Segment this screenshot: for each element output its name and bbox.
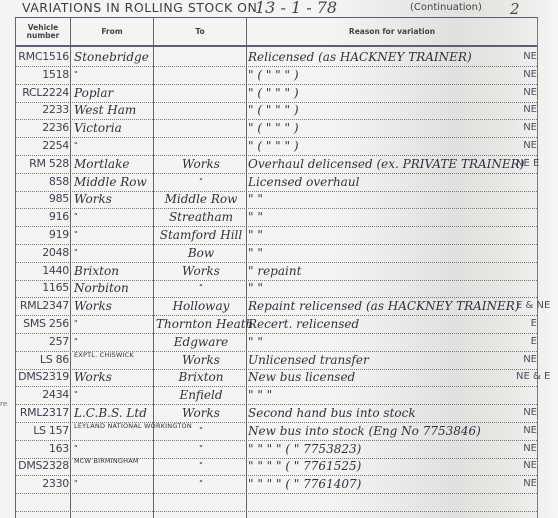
area-code: NE [516,440,537,458]
vehicle-number: DMS2319 [16,368,69,386]
table-row: 1165Norbiton"" " [16,279,537,298]
to-location: Middle Row [156,190,246,208]
to-location [156,101,246,119]
table-row: SMS 256"Thornton HeathRecert. relicensed… [16,315,537,334]
table-row: 2236Victoria" ( " " " )NE [16,119,537,138]
area-code [516,279,537,297]
page-number: 2 [510,0,520,18]
to-location: Edgware [156,333,246,351]
from-location: " [74,244,156,262]
area-code: NE [516,457,537,475]
reason-for-variation: Recert. relicensed [248,315,518,333]
area-code: NE [516,422,537,440]
continuation-label: (Continuation) [410,2,482,13]
to-location: Works [156,351,246,369]
table-row: 2434"Enfield" " " [16,386,537,405]
reason-for-variation: " " " " ( " 7761407) [248,475,518,493]
reason-for-variation: Repaint relicensed (as HACKNEY TRAINER) [248,297,518,315]
vehicle-number: 919 [16,226,69,244]
area-code [516,208,537,226]
vehicle-number: RML2317 [16,404,69,422]
to-location [156,119,246,137]
area-code [516,386,537,404]
vehicle-number: SMS 256 [16,315,69,333]
from-location: EXPTL. CHISWICK [74,351,156,369]
to-location [156,84,246,102]
to-location: " [156,173,246,191]
to-location: " [156,440,246,458]
area-code [516,226,537,244]
reason-for-variation: " " " " ( " 7761525) [248,457,518,475]
vehicle-number [16,493,69,511]
reason-for-variation: " " [248,226,518,244]
table-row: 916"Streatham" " [16,208,537,227]
vehicle-number: 1440 [16,262,69,280]
from-location: LEYLAND NATIONAL WORKINGTON [74,422,156,440]
margin-note: re [0,400,7,408]
area-code: NE [516,101,537,119]
area-code: NE E [516,155,537,173]
area-code: NE [516,66,537,84]
area-code: E [516,315,537,333]
column-header-vehicle: Vehicle number [16,18,70,45]
vehicle-number: DMS2328 [16,457,69,475]
from-location: " [74,333,156,351]
to-location: " [156,475,246,493]
reason-for-variation: Licensed overhaul [248,173,518,191]
to-location: Holloway [156,297,246,315]
table-row: 2233West Ham" ( " " " )NE [16,101,537,120]
to-location: Works [156,262,246,280]
area-code [516,190,537,208]
to-location: Thornton Heath [156,315,246,333]
column-header-reason: Reason for variation [247,18,537,45]
reason-for-variation: " " " [248,386,518,404]
reason-for-variation: " " [248,208,518,226]
area-code: NE [516,404,537,422]
table-row: DMS2319WorksBrixtonNew bus licensedNE & … [16,368,537,387]
table-row: LS 157LEYLAND NATIONAL WORKINGTON"New bu… [16,422,537,441]
from-location: " [74,386,156,404]
table-row: RML2317L.C.B.S. LtdWorksSecond hand bus … [16,404,537,423]
reason-for-variation: " " [248,279,518,297]
vehicle-number: 2236 [16,119,69,137]
table-row: RM 528MortlakeWorksOverhaul delicensed (… [16,155,537,174]
from-location: Works [74,297,156,315]
area-code [516,262,537,280]
to-location: Works [156,155,246,173]
area-code: NE [516,475,537,493]
reason-for-variation: New bus licensed [248,368,518,386]
vehicle-number: 985 [16,190,69,208]
to-location: " [156,422,246,440]
table-row: 985WorksMiddle Row" " [16,190,537,209]
reason-for-variation: " ( " " " ) [248,119,518,137]
to-location: Streatham [156,208,246,226]
area-code: NE [516,119,537,137]
table-row: DMS2328MCW BIRMINGHAM"" " " " ( " 776152… [16,457,537,476]
area-code: NE [516,48,537,66]
area-code: E & NE [516,297,537,315]
vehicle-number: RMC1516 [16,48,69,66]
from-location: Works [74,368,156,386]
table-row: 858Middle Row"Licensed overhaul [16,173,537,192]
area-code: NE [516,137,537,155]
reason-for-variation [248,493,518,511]
reason-for-variation: " " [248,190,518,208]
from-location: Works [74,190,156,208]
from-location: Norbiton [74,279,156,297]
from-location: Poplar [74,84,156,102]
reason-for-variation: Second hand bus into stock [248,404,518,422]
reason-for-variation: Relicensed (as HACKNEY TRAINER) [248,48,518,66]
area-code: NE [516,351,537,369]
column-header-to: To [154,18,246,45]
table-row: 919"Stamford Hill" " [16,226,537,245]
reason-for-variation: Overhaul delicensed (ex. PRIVATE TRAINER… [248,155,518,173]
rolling-stock-table: Vehicle number From To Reason for variat… [15,17,538,518]
reason-for-variation: " ( " " " ) [248,137,518,155]
from-location: " [74,137,156,155]
vehicle-number: RM 528 [16,155,69,173]
area-code: NE [516,84,537,102]
to-location: Enfield [156,386,246,404]
table-row: 2048"Bow" " [16,244,537,263]
to-location: " [156,457,246,475]
vehicle-number: 2254 [16,137,69,155]
area-code [516,493,537,511]
from-location: Victoria [74,119,156,137]
to-location [156,48,246,66]
to-location: Works [156,404,246,422]
to-location: Brixton [156,368,246,386]
reason-for-variation: New bus into stock (Eng No 7753846) [248,422,518,440]
vehicle-number: LS 86 [16,351,69,369]
vehicle-number: 1518 [16,66,69,84]
vehicle-number: 916 [16,208,69,226]
table-row: RCL2224Poplar" ( " " " )NE [16,84,537,103]
area-code [516,173,537,191]
vehicle-number: 2434 [16,386,69,404]
vehicle-number: 2233 [16,101,69,119]
from-location [74,493,156,511]
from-location: L.C.B.S. Ltd [74,404,156,422]
form-date: 13 - 1 - 78 [255,0,337,17]
to-location [156,137,246,155]
from-location: " [74,315,156,333]
vehicle-number: 2048 [16,244,69,262]
reason-for-variation: " " " " ( " 7753823) [248,440,518,458]
from-location: " [74,440,156,458]
table-row: 163""" " " " ( " 7753823)NE [16,440,537,459]
column-header-from: From [71,18,153,45]
table-row: 1440BrixtonWorks" repaint [16,262,537,281]
from-location: " [74,208,156,226]
table-row: RMC1516StonebridgeRelicensed (as HACKNEY… [16,48,537,67]
table-row: LS 86EXPTL. CHISWICKWorksUnlicensed tran… [16,351,537,370]
reason-for-variation: " ( " " " ) [248,84,518,102]
from-location: Brixton [74,262,156,280]
vehicle-number: 257 [16,333,69,351]
vehicle-number: 163 [16,440,69,458]
reason-for-variation: " repaint [248,262,518,280]
table-row: 1518"" ( " " " )NE [16,66,537,85]
from-location: " [74,475,156,493]
form-title: VARIATIONS IN ROLLING STOCK ON [22,0,257,15]
vehicle-number: RML2347 [16,297,69,315]
from-location: " [74,226,156,244]
to-location: " [156,279,246,297]
vehicle-number: RCL2224 [16,84,69,102]
area-code: E [516,333,537,351]
from-location: Mortlake [74,155,156,173]
vehicle-number: 2330 [16,475,69,493]
reason-for-variation: " " [248,333,518,351]
vehicle-number: LS 157 [16,422,69,440]
to-location: Bow [156,244,246,262]
table-row: RML2347WorksHollowayRepaint relicensed (… [16,297,537,316]
reason-for-variation: " ( " " " ) [248,101,518,119]
to-location: Stamford Hill [156,226,246,244]
reason-for-variation: " ( " " " ) [248,66,518,84]
reason-for-variation: " " [248,244,518,262]
table-row: 2330""" " " " ( " 7761407)NE [16,475,537,494]
from-location: " [74,66,156,84]
area-code: NE & E [516,368,537,386]
to-location [156,493,246,511]
table-row: 2254"" ( " " " )NE [16,137,537,156]
table-row [16,493,537,512]
vehicle-number: 858 [16,173,69,191]
area-code [516,244,537,262]
to-location [156,66,246,84]
reason-for-variation: Unlicensed transfer [248,351,518,369]
vehicle-number: 1165 [16,279,69,297]
table-row: 257"Edgware" "E [16,333,537,352]
from-location: MCW BIRMINGHAM [74,457,156,475]
header-divider [16,45,537,47]
from-location: Stonebridge [74,48,156,66]
from-location: Middle Row [74,173,156,191]
from-location: West Ham [74,101,156,119]
